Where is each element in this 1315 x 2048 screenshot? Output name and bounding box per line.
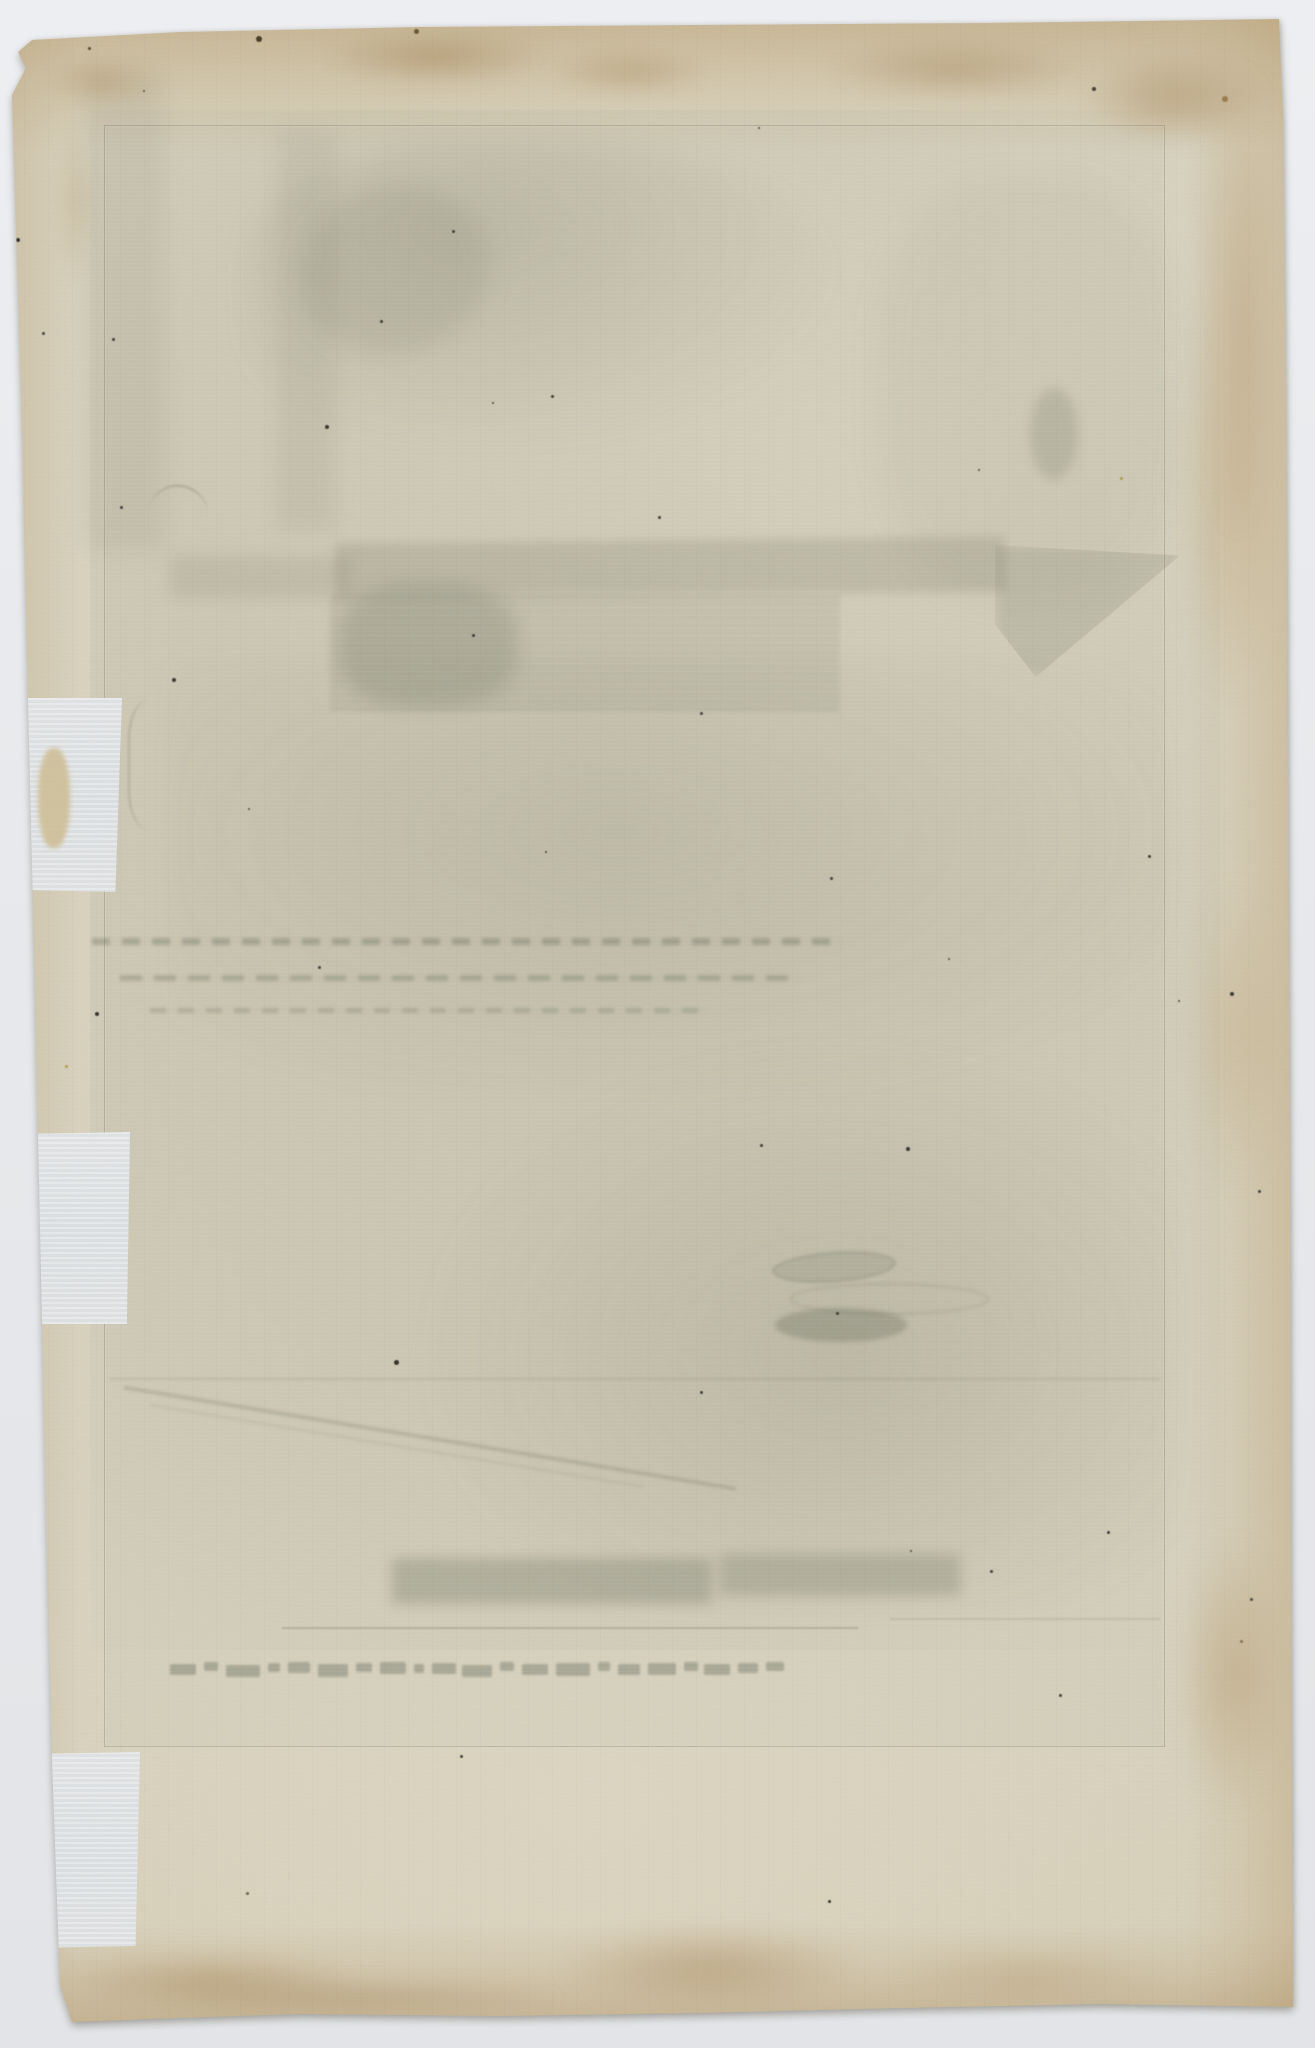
film-grain-overlay: [0, 0, 1315, 2048]
foxing-speck: [23, 825, 26, 828]
photo-background: [0, 0, 1315, 2048]
paper-sheet: [0, 0, 1315, 2048]
foxing-speck: [15, 358, 18, 361]
paper-sheet-wrapper: [0, 0, 1315, 2048]
foxing-speck: [779, 2012, 784, 2017]
